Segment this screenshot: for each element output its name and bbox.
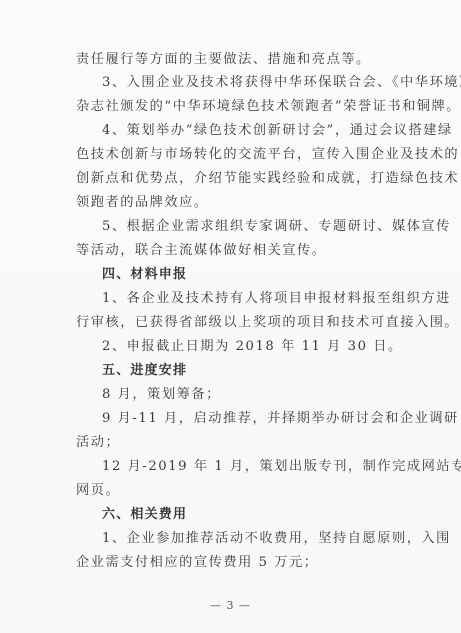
text-line: 3、入围企业及技术将获得中华环保联合会、《中华环境》	[102, 75, 461, 91]
text-line: 2、申报截止日期为 2018 年 11 月 30 日。	[102, 339, 403, 355]
text-line: 创新点和优势点，介绍节能实践经验和成就，打造绿色技术	[76, 171, 459, 187]
text-line: 活动；	[76, 435, 120, 451]
page-number: — 3 —	[0, 599, 461, 612]
text-line: 4、策划举办“绿色技术创新研讨会”，通过会议搭建绿	[102, 123, 453, 139]
text-line: 企业需支付相应的宣传费用 5 万元；	[76, 555, 319, 571]
text-line: 1、各企业及技术持有人将项目申报材料报至组织方进	[102, 291, 451, 307]
text-line: 5、根据企业需求组织专家调研、专题研讨、媒体宣传	[102, 219, 451, 235]
section-heading-fees: 六、相关费用	[102, 507, 187, 523]
text-line: 12 月-2019 年 1 月，策划出版专刊，制作完成网站专题	[102, 459, 461, 475]
text-line: 责任履行等方面的主要做法、措施和亮点等。	[76, 52, 371, 68]
text-line: 行审核，已获得省部级以上奖项的项目和技术可直接入围。	[76, 315, 459, 331]
document-page: 责任履行等方面的主要做法、措施和亮点等。 3、入围企业及技术将获得中华环保联合会…	[0, 0, 461, 633]
section-heading-schedule: 五、进度安排	[102, 363, 187, 379]
text-line: 杂志社颁发的“中华环境绿色技术领跑者”荣誉证书和铜牌。	[76, 99, 461, 115]
text-line: 等活动，联合主流媒体做好相关宣传。	[76, 243, 327, 259]
text-line: 领跑者的品牌效应。	[76, 195, 209, 211]
text-line: 色技术创新与市场转化的交流平台，宣传入围企业及技术的	[76, 147, 459, 163]
text-line: 1、企业参加推荐活动不收费用，坚持自愿原则，入围	[102, 531, 451, 547]
section-heading-materials: 四、材料申报	[102, 267, 187, 283]
text-line: 8 月，策划筹备；	[102, 387, 221, 403]
text-line: 9 月-11 月，启动推荐，并择期举办研讨会和企业调研	[102, 411, 459, 427]
text-line: 网页。	[76, 483, 120, 499]
